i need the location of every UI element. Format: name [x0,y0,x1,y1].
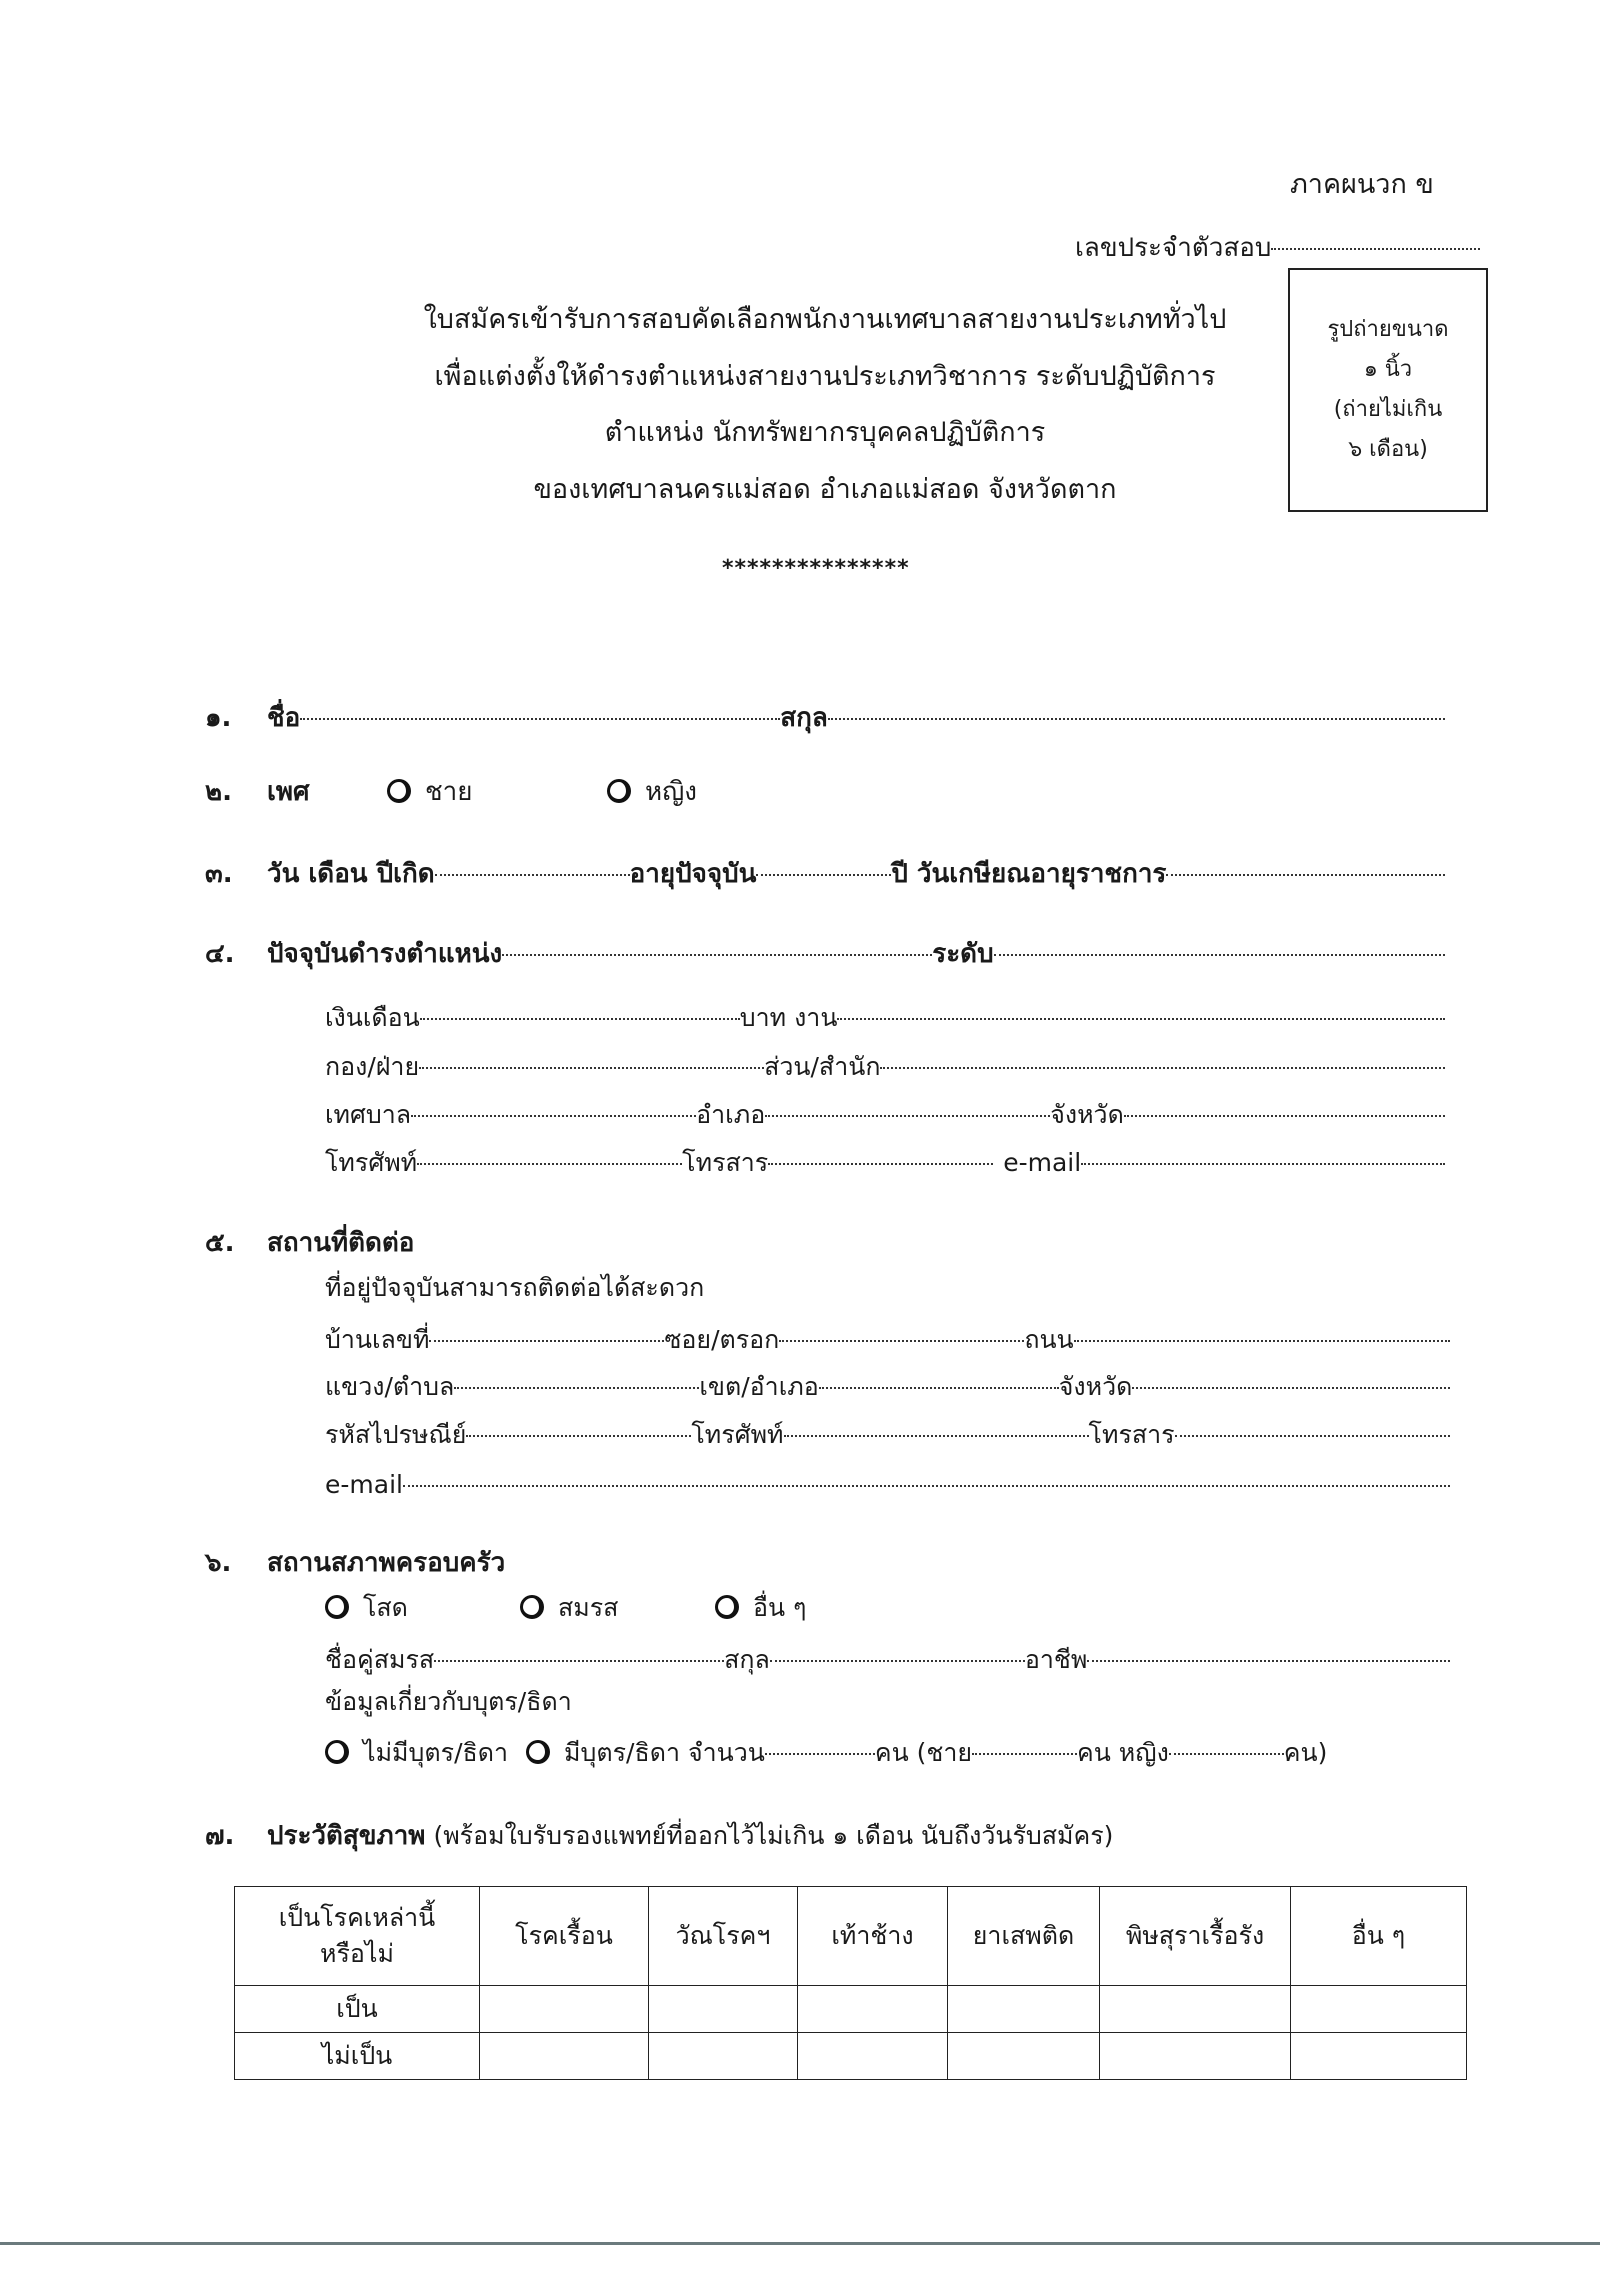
section-6-family: ๖. สถานสภาพครอบครัว [205,1542,505,1583]
children-info-label: ข้อมูลเกี่ยวกับบุตร/ธิดา [325,1682,572,1722]
title-line: ตำแหน่ง นักทรัพยากรบุคคลปฏิบัติการ [380,405,1270,462]
table-cell[interactable] [1291,1986,1467,2033]
status-option-single[interactable]: โสด [325,1588,520,1628]
table-cell[interactable] [798,1986,948,2033]
position-blank[interactable] [502,928,932,962]
fax-blank[interactable] [768,1138,993,1171]
option-label: โสด [363,1593,408,1622]
gender-label: เพศ [267,771,387,812]
exam-id-blank[interactable] [1271,222,1480,256]
radio-icon[interactable] [387,779,411,803]
email-label: e-mail [1003,1148,1081,1177]
section-3-birth: ๓. วัน เดือน ปีเกิด อายุปัจจุบัน ปี วันเ… [205,848,1445,894]
male-count-blank[interactable] [972,1728,1077,1761]
municipality-row: เทศบาล อำเภอ จังหวัด [325,1090,1445,1135]
phone-label: โทรศัพท์ [691,1415,783,1455]
postcode-label: รหัสไปรษณีย์ [325,1415,466,1455]
row-label: ไม่เป็น [235,2033,480,2080]
health-note: (พร้อมใบรับรองแพทย์ที่ออกไว้ไม่เกิน ๑ เด… [433,1816,1113,1856]
fax-label: โทรสาร [682,1143,768,1183]
division-blank[interactable] [419,1042,764,1075]
email-blank[interactable] [1081,1138,1445,1171]
option-label: ชาย [425,777,472,807]
row-label: เป็น [235,1986,480,2033]
occupation-label: อาชีพ [1025,1640,1088,1680]
children-count-blank[interactable] [765,1728,875,1761]
table-header: เท้าช้าง [798,1887,948,1986]
subdistrict-blank[interactable] [454,1362,699,1395]
level-blank[interactable] [994,928,1445,962]
road-label: ถนน [1024,1320,1073,1360]
gender-option-male[interactable]: ชาย [387,771,607,812]
soi-label: ซอย/ตรอก [664,1320,779,1360]
table-cell[interactable] [1100,1986,1291,2033]
status-option-other[interactable]: อื่น ๆ [715,1588,806,1628]
retire-label: ปี วันเกษียณอายุราชการ [891,853,1166,894]
section-number: ๖. [205,1542,267,1583]
fax-label: โทรสาร [1089,1415,1175,1455]
table-row: ไม่เป็น [235,2033,1467,2080]
children-row: ไม่มีบุตร/ธิดา มีบุตร/ธิดา จำนวน คน (ชาย… [325,1728,1450,1773]
birth-blank[interactable] [435,848,630,882]
radio-icon[interactable] [520,1595,544,1619]
birth-label: วัน เดือน ปีเกิด [267,853,435,894]
title-line: ใบสมัครเข้ารับการสอบคัดเลือกพนักงานเทศบา… [380,292,1270,349]
name-blank[interactable] [300,692,780,726]
age-blank[interactable] [756,848,891,882]
table-header: ยาเสพติด [948,1887,1100,1986]
age-label: อายุปัจจุบัน [630,853,757,894]
persons-close: คน) [1284,1733,1328,1773]
section-5-contact: ๕. สถานที่ติดต่อ [205,1222,414,1263]
house-blank[interactable] [429,1315,664,1348]
table-cell[interactable] [1100,2033,1291,2080]
municipality-label: เทศบาล [325,1095,411,1135]
subdistrict-label: แขวง/ตำบล [325,1367,454,1407]
option-label: ไม่มีบุตร/ธิดา [363,1738,508,1767]
marital-status-options: โสด สมรส อื่น ๆ [325,1588,806,1628]
option-label: หญิง [645,777,697,807]
separator: *************** [722,556,910,581]
status-option-married[interactable]: สมรส [520,1588,715,1628]
phone-row: โทรศัพท์ โทรสาร e-mail [325,1138,1445,1183]
female-count-blank[interactable] [1169,1728,1284,1761]
district-blank[interactable] [765,1090,1050,1123]
children-option-has[interactable]: มีบุตร/ธิดา จำนวน [526,1733,765,1773]
email-blank[interactable] [403,1460,1450,1493]
exam-id-field[interactable]: เลขประจำตัวสอบ [1075,222,1480,268]
contact-subtitle: ที่อยู่ปัจจุบันสามารถติดต่อได้สะดวก [325,1268,704,1308]
postcode-row: รหัสไปรษณีย์ โทรศัพท์ โทรสาร [325,1410,1450,1455]
page-bottom-rule [0,2242,1600,2245]
salary-row: เงินเดือน บาท งาน [325,993,1445,1038]
table-header: อื่น ๆ [1291,1887,1467,1986]
soi-blank[interactable] [779,1315,1024,1348]
gender-option-female[interactable]: หญิง [607,771,697,812]
contact-label: สถานที่ติดต่อ [267,1222,414,1263]
province-blank[interactable] [1124,1090,1445,1123]
phone-blank[interactable] [417,1138,682,1171]
photo-box-line: ๑ นิ้ว [1364,350,1412,390]
road-blank[interactable] [1074,1315,1450,1348]
spouse-row: ชื่อคู่สมรส สกุล อาชีพ [325,1635,1450,1680]
option-label: สมรส [558,1593,618,1622]
contact-subtitle-text: ที่อยู่ปัจจุบันสามารถติดต่อได้สะดวก [325,1268,704,1308]
province-blank[interactable] [1132,1362,1450,1395]
level-label: ระดับ [932,933,993,974]
house-label: บ้านเลขที่ [325,1320,429,1360]
fax-blank[interactable] [1175,1410,1450,1443]
section-number: ๔. [205,933,267,974]
spouse-surname-blank[interactable] [770,1635,1025,1668]
section-2-gender: ๒. เพศ ชาย หญิง [205,771,697,812]
female-label: คน หญิง [1077,1733,1169,1773]
postcode-blank[interactable] [466,1410,691,1443]
table-cell[interactable] [948,2033,1100,2080]
office-label: ส่วน/สำนัก [764,1047,880,1087]
salary-blank[interactable] [420,993,740,1026]
table-cell[interactable] [480,1986,649,2033]
section-1-name: ๑. ชื่อ สกุล [205,692,1445,738]
radio-icon[interactable] [607,779,631,803]
table-cell[interactable] [1291,2033,1467,2080]
photo-box-line: รูปถ่ายขนาด [1327,310,1448,350]
surname-blank[interactable] [828,692,1445,726]
male-label: คน (ชาย [875,1733,972,1773]
table-cell[interactable] [480,2033,649,2080]
health-table: เป็นโรคเหล่านี้ หรือไม่ โรคเรื้อน วัณโรค… [234,1886,1467,2080]
table-cell[interactable] [649,1986,798,2033]
municipality-blank[interactable] [411,1090,696,1123]
section-number: ๗. [205,1815,267,1856]
section-number: ๒. [205,771,267,812]
section-number: ๑. [205,697,267,738]
spouse-label: ชื่อคู่สมรส [325,1640,434,1680]
radio-icon[interactable] [325,1595,349,1619]
section-number: ๕. [205,1222,267,1263]
work-blank[interactable] [837,993,1445,1026]
occupation-blank[interactable] [1087,1635,1450,1668]
retire-blank[interactable] [1166,848,1445,882]
photo-box-line: ๖ เดือน) [1348,430,1428,470]
spouse-blank[interactable] [434,1635,724,1668]
district-label: เขต/อำเภอ [699,1367,818,1407]
spouse-surname-label: สกุล [724,1640,770,1680]
radio-icon[interactable] [526,1740,550,1764]
exam-id-label: เลขประจำตัวสอบ [1075,227,1271,268]
section-4-position: ๔. ปัจจุบันดำรงตำแหน่ง ระดับ [205,928,1445,974]
province-label: จังหวัด [1059,1367,1133,1407]
district-label: อำเภอ [696,1095,765,1135]
children-info-label-row: ข้อมูลเกี่ยวกับบุตร/ธิดา [325,1682,572,1722]
division-label: กอง/ฝ่าย [325,1047,419,1087]
table-cell[interactable] [948,1986,1100,2033]
surname-label: สกุล [780,697,828,738]
table-cell[interactable] [798,2033,948,2080]
position-label: ปัจจุบันดำรงตำแหน่ง [267,933,502,974]
work-label: บาท งาน [740,998,838,1038]
subdistrict-row: แขวง/ตำบล เขต/อำเภอ จังหวัด [325,1362,1450,1407]
title-line: ของเทศบาลนครแม่สอด อำเภอแม่สอด จังหวัดตา… [380,462,1270,519]
table-row: เป็น [235,1986,1467,2033]
table-header: พิษสุราเรื้อรัง [1100,1887,1291,1986]
table-cell[interactable] [649,2033,798,2080]
phone-blank[interactable] [784,1410,1089,1443]
appendix-label: ภาคผนวก ข [1290,162,1434,205]
option-label: อื่น ๆ [753,1593,806,1622]
form-title: ใบสมัครเข้ารับการสอบคัดเลือกพนักงานเทศบา… [380,292,1270,518]
family-label: สถานสภาพครอบครัว [267,1542,505,1583]
email-row: e-mail [325,1460,1450,1499]
division-row: กอง/ฝ่าย ส่วน/สำนัก [325,1042,1445,1087]
radio-icon[interactable] [715,1595,739,1619]
province-label: จังหวัด [1050,1095,1124,1135]
section-number: ๓. [205,853,267,894]
office-blank[interactable] [880,1042,1445,1075]
house-row: บ้านเลขที่ ซอย/ตรอก ถนน [325,1315,1450,1360]
district-blank[interactable] [819,1362,1059,1395]
health-label: ประวัติสุขภาพ [267,1815,425,1856]
name-label: ชื่อ [267,697,300,738]
email-label: e-mail [325,1470,403,1499]
children-option-none[interactable]: ไม่มีบุตร/ธิดา [325,1733,508,1773]
table-header: เป็นโรคเหล่านี้ หรือไม่ [235,1887,480,1986]
option-label: มีบุตร/ธิดา จำนวน [564,1738,765,1767]
phone-label: โทรศัพท์ [325,1143,417,1183]
radio-icon[interactable] [325,1740,349,1764]
photo-box: รูปถ่ายขนาด ๑ นิ้ว (ถ่ายไม่เกิน ๖ เดือน) [1288,268,1488,512]
section-7-health: ๗. ประวัติสุขภาพ (พร้อมใบรับรองแพทย์ที่อ… [205,1815,1113,1856]
table-header-row: เป็นโรคเหล่านี้ หรือไม่ โรคเรื้อน วัณโรค… [235,1887,1467,1986]
table-header: วัณโรคฯ [649,1887,798,1986]
title-line: เพื่อแต่งตั้งให้ดำรงตำแหน่งสายงานประเภทว… [380,349,1270,406]
salary-label: เงินเดือน [325,998,420,1038]
table-header: โรคเรื้อน [480,1887,649,1986]
photo-box-line: (ถ่ายไม่เกิน [1334,390,1443,430]
